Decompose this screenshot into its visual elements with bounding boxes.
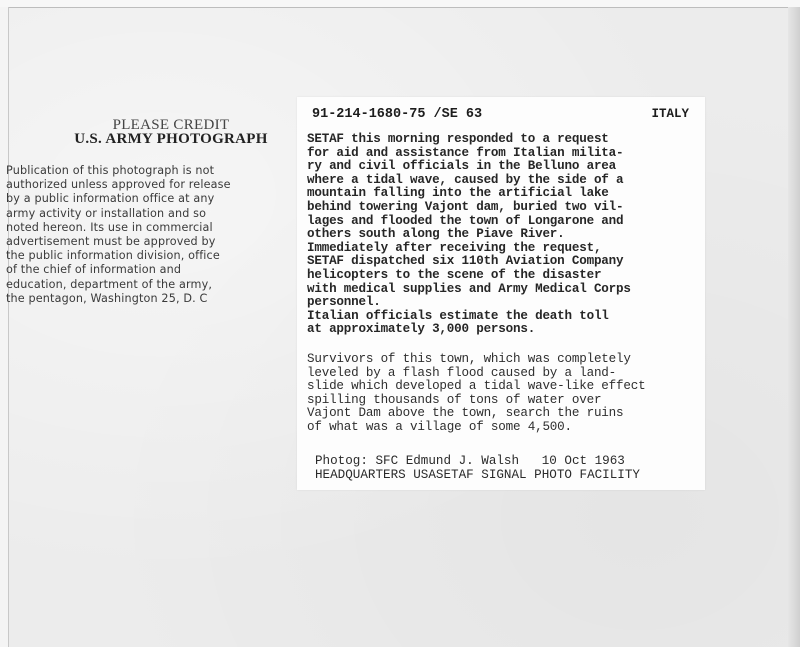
caption-sheet: 91-214-1680-75 /SE 63 ITALY SETAF this m…	[297, 97, 705, 490]
paper-edge-right	[788, 7, 800, 647]
stamp-title-line1: PLEASE CREDIT	[6, 118, 296, 132]
caption-header: 91-214-1680-75 /SE 63 ITALY	[312, 107, 689, 127]
stamp-title-line2: U.S. ARMY PHOTOGRAPH	[6, 132, 296, 146]
paper-edge-top	[0, 0, 800, 8]
photo-id: 91-214-1680-75 /SE 63	[312, 107, 482, 122]
credit-stamp: PLEASE CREDIT U.S. ARMY PHOTOGRAPH Publi…	[6, 118, 296, 306]
caption-paragraph-2: Survivors of this town, which was comple…	[307, 353, 645, 435]
caption-paragraph-1: SETAF this morning responded to a reques…	[307, 133, 631, 337]
photo-credit: Photog: SFC Edmund J. Walsh 10 Oct 1963 …	[315, 455, 640, 482]
stamp-body: Publication of this photograph is not au…	[6, 164, 296, 306]
paper-edge-left	[0, 7, 9, 647]
country-label: ITALY	[651, 107, 689, 121]
